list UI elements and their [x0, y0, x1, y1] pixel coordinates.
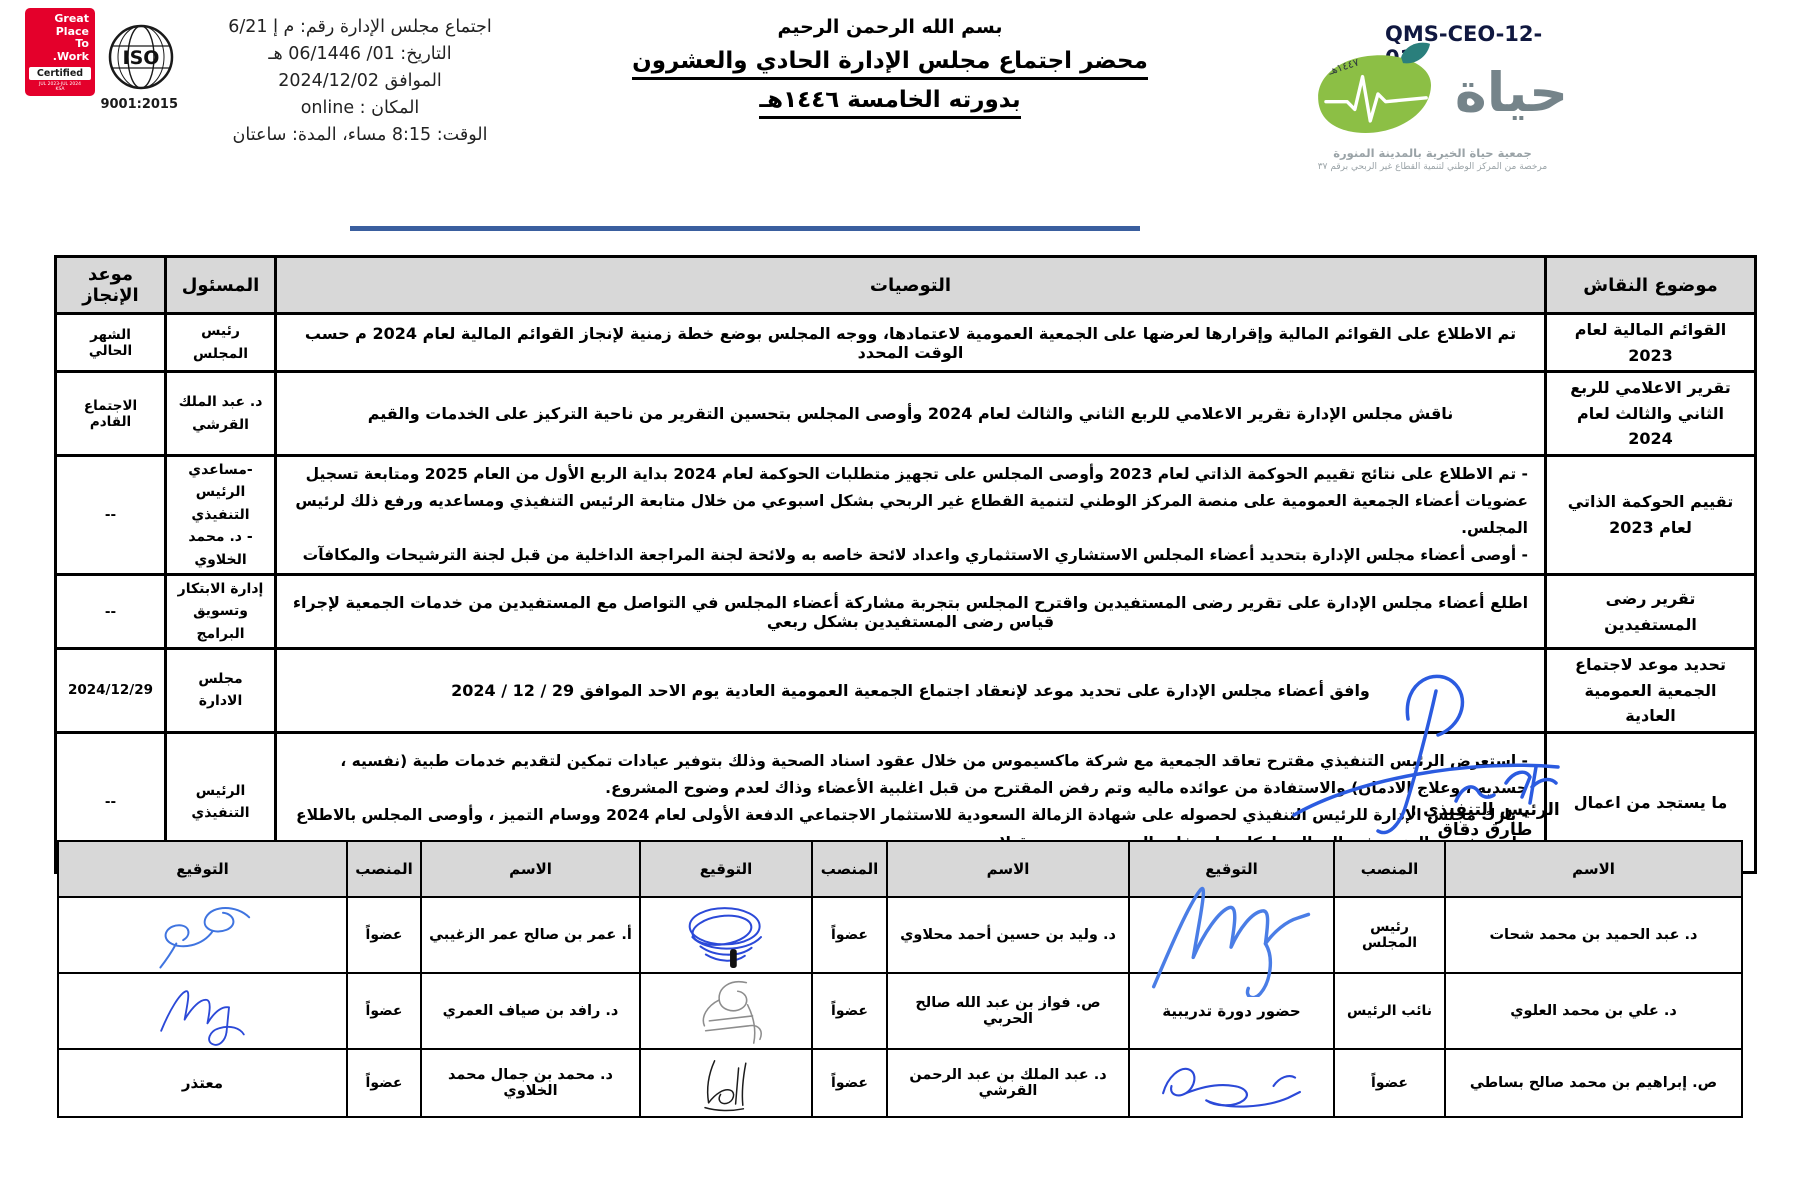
member-position: عضواً [812, 897, 887, 973]
signature-basati [1130, 1050, 1333, 1116]
signature-row: ص. إبراهيم بن محمد صالح بساطي عضواً د. ع… [58, 1049, 1742, 1117]
header-name: الاسم [887, 841, 1129, 897]
topic-cell: تحديد موعد لاجتماع الجمعية العمومية العا… [1546, 649, 1756, 733]
table-row: القوائم المالية لعام 2023 تم الاطلاع على… [56, 314, 1756, 372]
title-line-2: بدورته الخامسة ١٤٤٦هـ [759, 87, 1020, 119]
meeting-date-hijri: التاريخ: 01/ 06/1446 هـ [195, 41, 525, 68]
gptw-region: KSA [31, 87, 89, 92]
signature-cell [58, 973, 347, 1049]
recommendation-cell: تم الاطلاع على القوائم المالية وإقرارها … [276, 314, 1546, 372]
table-row: تقرير الاعلامي للربع الثاني والثالث لعام… [56, 372, 1756, 456]
header-name: الاسم [421, 841, 640, 897]
responsible-cell: إدارة الابتكار وتسويق البرامج [166, 574, 276, 648]
recommendation-cell: - تم الاطلاع على نتائج تقييم الحوكمة الذ… [276, 455, 1546, 574]
iso-globe-icon: ISO [106, 22, 176, 92]
org-license-line: مرخصة من المركز الوطني لتنمية القطاع غير… [1295, 162, 1570, 172]
member-name: د. عبد الحميد بن محمد شحات [1445, 897, 1742, 973]
meeting-time: الوقت: 8:15 مساء، المدة: ساعتان [195, 122, 525, 149]
document-title: محضر اجتماع مجلس الإدارة الحادي والعشرون… [555, 48, 1225, 126]
header-signature: التوقيع [640, 841, 812, 897]
member-position: عضواً [1334, 1049, 1445, 1117]
gptw-word: To [31, 38, 89, 51]
topic-cell: تقرير الاعلامي للربع الثاني والثالث لعام… [1546, 372, 1756, 456]
header-divider [350, 226, 1140, 231]
member-position: عضواً [812, 1049, 887, 1117]
signature-cell [1129, 1049, 1334, 1117]
signature-row: د. عبد الحميد بن محمد شحات رئيس المجلس د… [58, 897, 1742, 973]
header-position: المنصب [1334, 841, 1445, 897]
signature-header-row: الاسم المنصب التوقيع الاسم المنصب التوقي… [58, 841, 1742, 897]
due-cell: الشهر الحالي [56, 314, 166, 372]
due-cell: الاجتماع القادم [56, 372, 166, 456]
member-position: نائب الرئيس [1334, 973, 1445, 1049]
header-topic: موضوع النقاش [1546, 257, 1756, 314]
recommendation-cell: اطلع أعضاء مجلس الإدارة على تقرير رضى ال… [276, 574, 1546, 648]
table-row: تقييم الحوكمة الذاتي لعام 2023 - تم الاط… [56, 455, 1756, 574]
due-cell: -- [56, 455, 166, 574]
title-line-1: محضر اجتماع مجلس الإدارة الحادي والعشرون [632, 48, 1148, 80]
signature-qurashi [641, 1050, 811, 1116]
iso-standard: 9001:2015 [104, 97, 178, 112]
signature-cell [640, 1049, 812, 1117]
topic-cell: القوائم المالية لعام 2023 [1546, 314, 1756, 372]
responsible-cell: مجلس الادارة [166, 649, 276, 733]
gptw-word: Work. [31, 51, 89, 64]
meeting-info: اجتماع مجلس الإدارة رقم: م إ 6/21 التاري… [195, 14, 525, 149]
table-header-row: موضوع النقاش التوصيات المسئول موعد الإنج… [56, 257, 1756, 314]
gptw-badge: Great Place To Work. Certified JUL 2023-… [25, 8, 95, 96]
signature-zughaibi [59, 898, 346, 972]
brand-name: حياة [1455, 66, 1568, 120]
document-page: QMS-CEO-12-01 ١٤٤٧هـ حياة جمعية حياة الخ… [0, 0, 1813, 1200]
meeting-location: المكان : online [195, 95, 525, 122]
due-cell: 2024/12/29 [56, 649, 166, 733]
responsible-cell: -مساعدي الرئيس التنفيذي - د. محمد الخلاو… [166, 455, 276, 574]
gptw-box: Great Place To Work. Certified JUL 2023-… [25, 8, 95, 96]
due-cell: -- [56, 574, 166, 648]
table-row: تحديد موعد لاجتماع الجمعية العمومية العا… [56, 649, 1756, 733]
member-position: عضواً [812, 973, 887, 1049]
member-position: رئيس المجلس [1334, 897, 1445, 973]
member-name: د. عبد الملك بن عبد الرحمن القرشي [887, 1049, 1129, 1117]
topic-cell: تقييم الحوكمة الذاتي لعام 2023 [1546, 455, 1756, 574]
signature-harbi [641, 974, 811, 1048]
member-name: د. محمد بن جمال محمد الخلاوي [421, 1049, 640, 1117]
hayat-leaf-icon: ١٤٤٧هـ [1301, 40, 1453, 146]
header-name: الاسم [1445, 841, 1742, 897]
iso-label: ISO [123, 47, 160, 69]
org-name-line: جمعية حياة الخيرية بالمدينة المنورة [1295, 146, 1570, 160]
recommendation-cell: ناقش مجلس الإدارة تقرير الاعلامي للربع ا… [276, 372, 1546, 456]
signature-amri [59, 974, 346, 1048]
meeting-date-gregorian: الموافق 2024/12/02 [195, 68, 525, 95]
responsible-cell: رئيس المجلس [166, 314, 276, 372]
member-name: د. علي بن محمد العلوي [1445, 973, 1742, 1049]
org-description: جمعية حياة الخيرية بالمدينة المنورة مرخص… [1295, 146, 1570, 172]
member-name: د. رافد بن صياف العمري [421, 973, 640, 1049]
header-position: المنصب [812, 841, 887, 897]
header-signature: التوقيع [58, 841, 347, 897]
table-row: تقرير رضى المستفيدين اطلع أعضاء مجلس الإ… [56, 574, 1756, 648]
ceo-signoff-line: الرئيس التنفيذي : طارق دقاق [1395, 800, 1575, 840]
header-position: المنصب [347, 841, 421, 897]
signature-cell [640, 973, 812, 1049]
signature-note-cell: معتذر [58, 1049, 347, 1117]
member-name: ص. إبراهيم بن محمد صالح بساطي [1445, 1049, 1742, 1117]
signature-mahlawi [641, 898, 811, 972]
member-name: أ. عمر بن صالح عمر الزغيبي [421, 897, 640, 973]
minutes-table: موضوع النقاش التوصيات المسئول موعد الإنج… [54, 255, 1757, 874]
member-name: ص. فواز بن عبد الله صالح الحربي [887, 973, 1129, 1049]
gptw-word: Great [31, 13, 89, 26]
header-responsible: المسئول [166, 257, 276, 314]
signature-cell [58, 897, 347, 973]
responsible-cell: د. عبد الملك القرشي [166, 372, 276, 456]
signature-cell [640, 897, 812, 973]
topic-cell: تقرير رضى المستفيدين [1546, 574, 1756, 648]
bismillah-text: بسم الله الرحمن الرحيم [640, 16, 1140, 38]
signature-table: الاسم المنصب التوقيع الاسم المنصب التوقي… [57, 840, 1743, 1118]
member-position: عضواً [347, 897, 421, 973]
gptw-certified-label: Certified [29, 67, 91, 80]
header-recommendations: التوصيات [276, 257, 1546, 314]
member-name: د. وليد بن حسين أحمد محلاوي [887, 897, 1129, 973]
header-due: موعد الإنجاز [56, 257, 166, 314]
signature-row: د. علي بن محمد العلوي نائب الرئيس حضور د… [58, 973, 1742, 1049]
org-logo: ١٤٤٧هـ حياة [1300, 40, 1568, 146]
iso-badge: ISO 9001:2015 [104, 22, 178, 112]
recommendation-cell: وافق أعضاء مجلس الإدارة على تحديد موعد ل… [276, 649, 1546, 733]
signature-shahat [1130, 868, 1333, 997]
meeting-number: اجتماع مجلس الإدارة رقم: م إ 6/21 [195, 14, 525, 41]
member-position: عضواً [347, 1049, 421, 1117]
member-position: عضواً [347, 973, 421, 1049]
signature-cell [1129, 897, 1334, 973]
